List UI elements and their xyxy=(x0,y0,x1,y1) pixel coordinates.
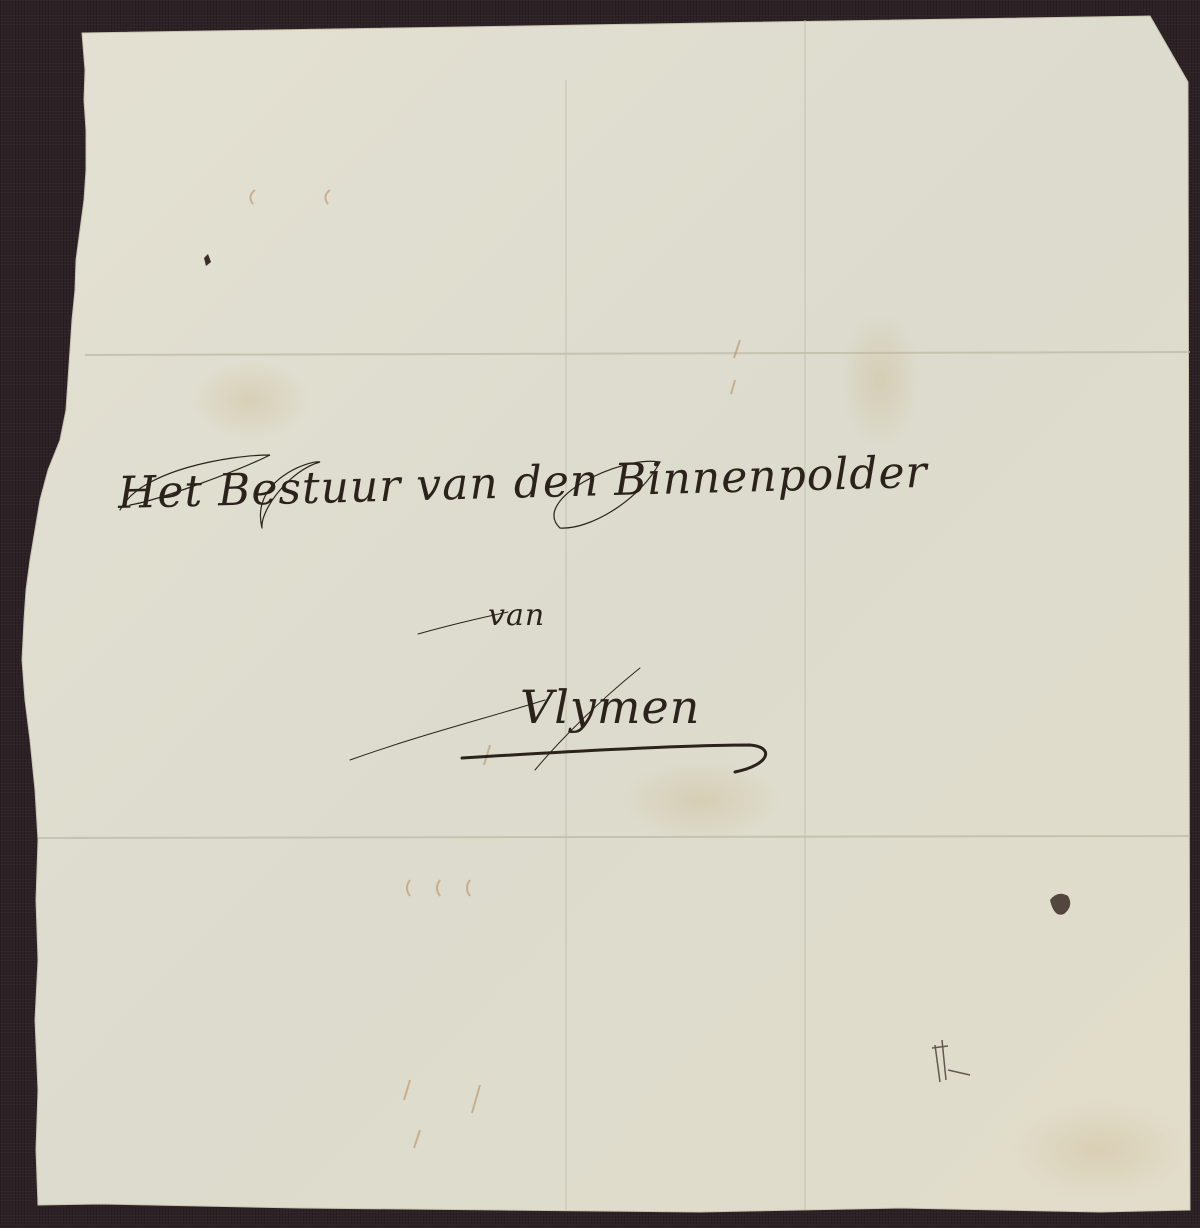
address-line-van: van xyxy=(488,598,545,633)
address-line-place: Vlymen xyxy=(520,680,700,734)
paper-sheet xyxy=(0,0,1200,1228)
document-scan: Het Bestuur van den Binnenpolder van Vly… xyxy=(0,0,1200,1228)
